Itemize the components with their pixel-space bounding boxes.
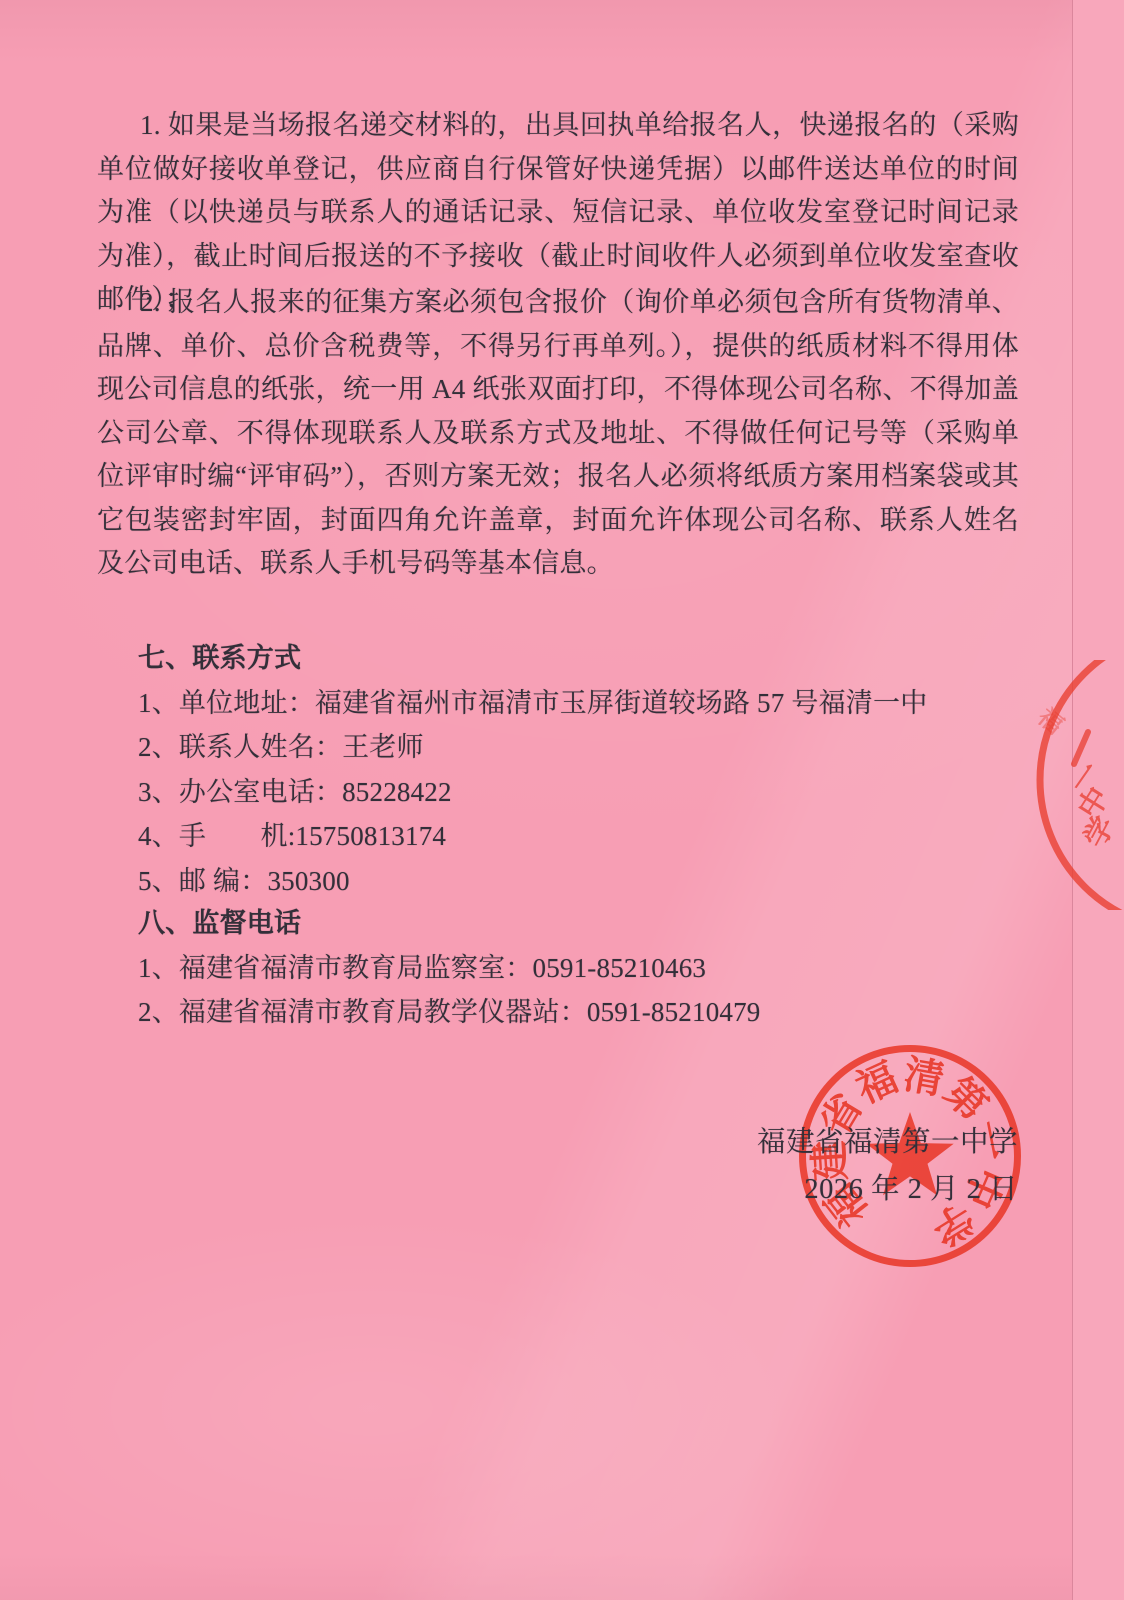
supervision-item: 1、福建省福清市教育局监察室：0591-85210463 bbox=[97, 946, 1019, 991]
paragraph-2-text: 2. 报名人报来的征集方案必须包含报价（询价单必须包含所有货物清单、品牌、单价、… bbox=[97, 281, 1019, 586]
contact-item: 4、手 机:15750813174 bbox=[97, 814, 1019, 859]
contact-item: 1、单位地址：福建省福州市福清市玉屏街道较场路 57 号福清一中 bbox=[97, 681, 1019, 726]
section-contact-heading: 七、联系方式 bbox=[97, 636, 1019, 681]
partial-seal-char: 学 bbox=[1078, 811, 1121, 853]
signature-date: 2026 年 2 月 2 日 bbox=[757, 1166, 1018, 1213]
section-supervision-heading: 八、监督电话 bbox=[97, 901, 1019, 946]
contact-item: 5、邮 编：350300 bbox=[97, 859, 1019, 904]
supervision-item: 2、福建省福清市教育局教学仪器站：0591-85210479 bbox=[97, 990, 1019, 1035]
signature-block: 福建省福清第一中学 2026 年 2 月 2 日 bbox=[757, 1119, 1018, 1213]
signature-organization: 福建省福清第一中学 bbox=[757, 1119, 1018, 1166]
paragraph-2: 2. 报名人报来的征集方案必须包含报价（询价单必须包含所有货物清单、品牌、单价、… bbox=[97, 281, 1019, 586]
scanned-document-page: { "colors":{ "paper":"#f79eb4", "paper_e… bbox=[0, 0, 1124, 1600]
section-supervision: 八、监督电话 1、福建省福清市教育局监察室：0591-852104632、福建省… bbox=[97, 901, 1019, 1035]
contact-item: 2、联系人姓名：王老师 bbox=[97, 725, 1019, 770]
supervision-item-list: 1、福建省福清市教育局监察室：0591-852104632、福建省福清市教育局教… bbox=[97, 946, 1019, 1035]
section-contact: 七、联系方式 1、单位地址：福建省福州市福清市玉屏街道较场路 57 号福清一中2… bbox=[97, 636, 1019, 903]
contact-item: 3、办公室电话：85228422 bbox=[97, 770, 1019, 815]
contact-item-list: 1、单位地址：福建省福州市福清市玉屏街道较场路 57 号福清一中2、联系人姓名：… bbox=[97, 681, 1019, 904]
partial-seal-faint-char: 福 bbox=[1032, 704, 1068, 740]
partial-seal-stamp: 一中学福 bbox=[1010, 660, 1124, 910]
